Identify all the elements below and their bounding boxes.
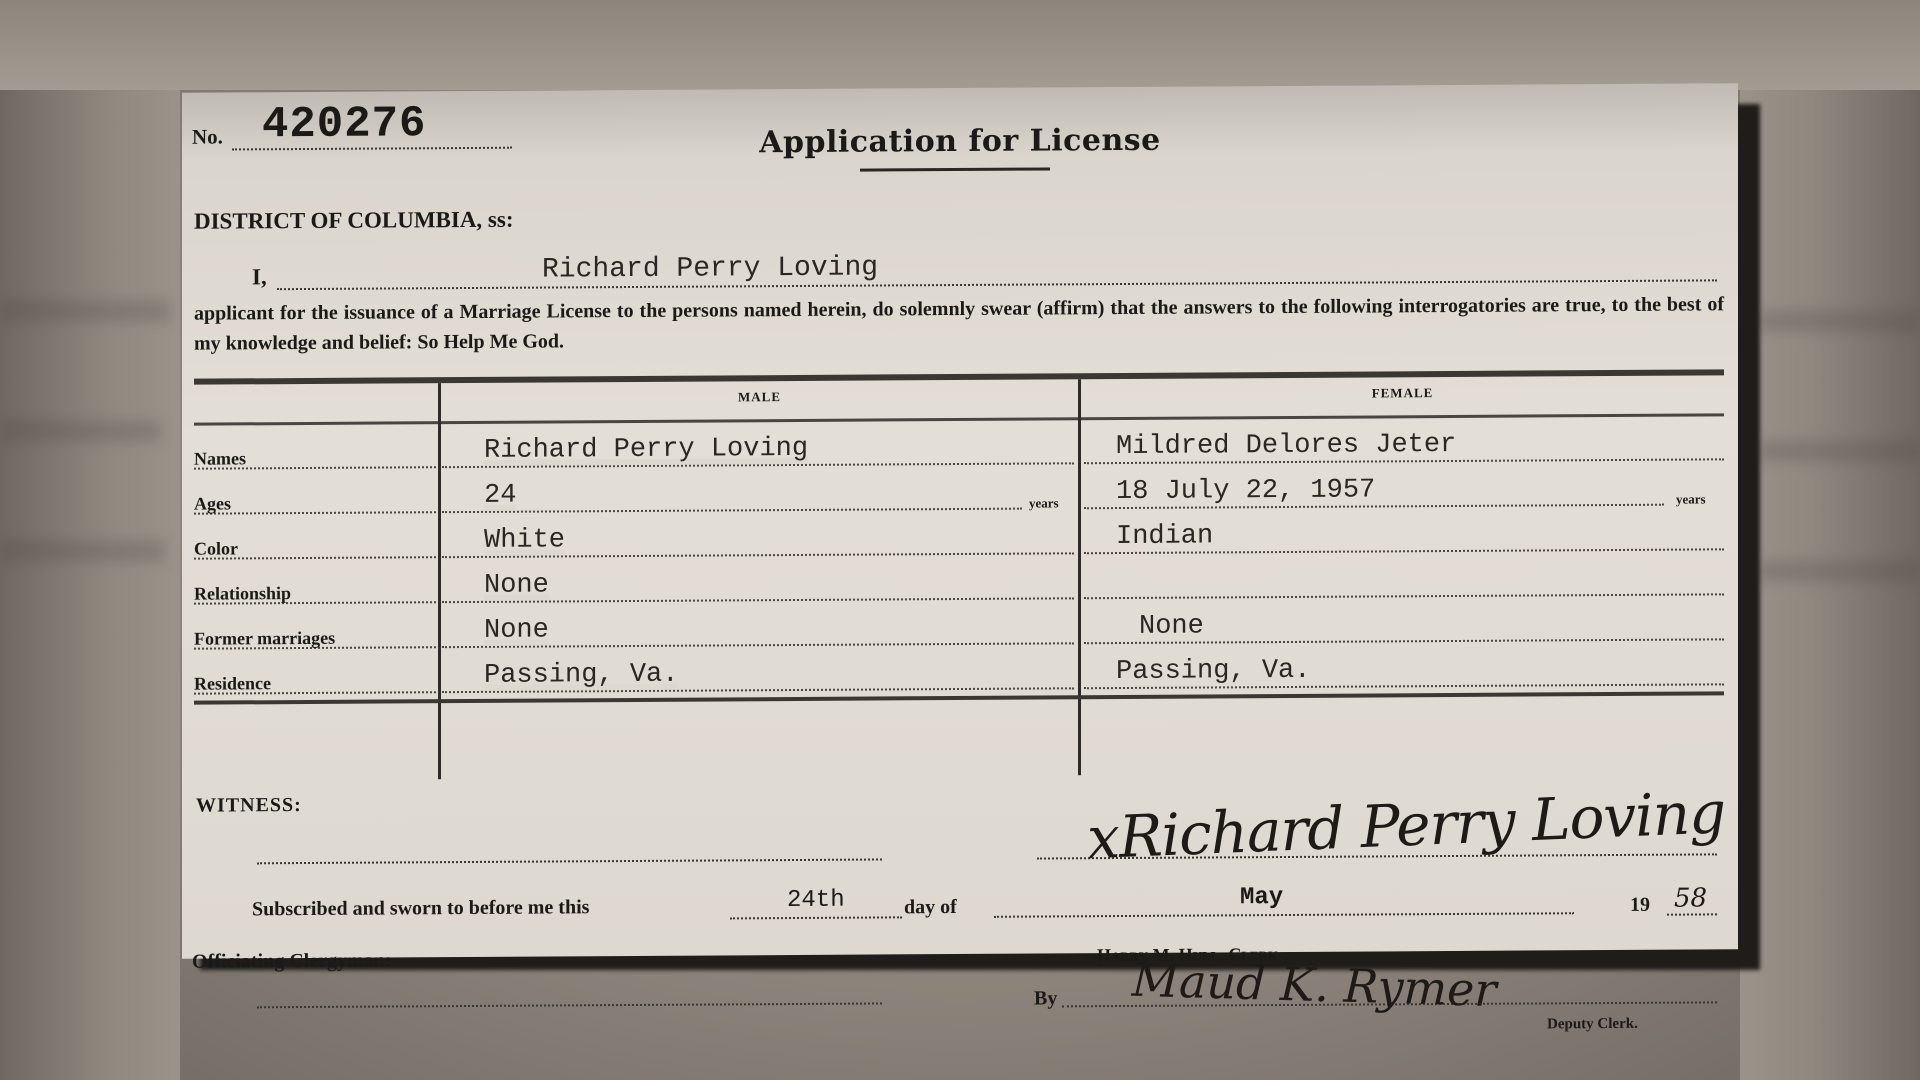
sworn-month: May — [1240, 884, 1283, 911]
year-suffix: 58 — [1674, 883, 1707, 913]
row-label: Residence — [194, 673, 271, 694]
male-value: White — [484, 525, 565, 555]
background-blur-line — [0, 420, 160, 442]
by-label: By — [1034, 987, 1057, 1010]
background-blur-line — [1760, 560, 1920, 582]
row-label: Color — [194, 538, 238, 559]
sworn-day: 24th — [787, 887, 845, 914]
clergyman-signature-line — [257, 1002, 882, 1008]
jurisdiction: DISTRICT OF COLUMBIA, ss: — [194, 207, 514, 235]
background-blur-line — [0, 300, 170, 322]
deputy-clerk-title: Deputy Clerk. — [1547, 1016, 1638, 1034]
applicant-line — [277, 279, 1717, 290]
male-value: None — [484, 616, 549, 646]
witness-label: WITNESS: — [196, 794, 302, 818]
year-prefix: 19 — [1630, 894, 1650, 917]
male-value: Passing, Va. — [484, 660, 678, 691]
female-value: 18 July 22, 1957 — [1116, 475, 1375, 507]
table-top-rule — [194, 369, 1724, 384]
title-underline — [860, 167, 1050, 171]
dotted-line — [442, 508, 1022, 514]
row-label: Former marriages — [194, 628, 335, 650]
dotted-line — [1084, 593, 1724, 599]
applicant-signature: xRichard Perry Loving — [1086, 778, 1726, 872]
female-value: Passing, Va. — [1116, 656, 1310, 687]
witness-signature-line — [257, 858, 882, 864]
applicant-details-table: MALE FEMALE Names Richard Perry Loving M… — [194, 369, 1724, 788]
sworn-statement: Subscribed and sworn to before me this — [252, 896, 589, 921]
deputy-clerk-signature: Maud K. Rymer — [1131, 953, 1497, 1017]
background-right — [1740, 90, 1920, 1080]
year-line — [1667, 913, 1717, 915]
oath-paragraph: applicant for the issuance of a Marriage… — [194, 289, 1724, 358]
unit-years-male: years — [1029, 495, 1059, 511]
background-top — [0, 0, 1920, 90]
day-line — [730, 916, 902, 919]
row-label: Relationship — [194, 583, 291, 605]
female-value: None — [1139, 612, 1204, 642]
male-value: Richard Perry Loving — [484, 434, 808, 466]
background-blur-line — [0, 540, 165, 562]
day-of-label: day of — [904, 896, 957, 919]
applicant-prefix: I, — [252, 264, 267, 290]
applicant-name: Richard Perry Loving — [542, 253, 878, 286]
month-line — [994, 912, 1574, 918]
row-label: Names — [194, 448, 246, 469]
background-blur-line — [1760, 440, 1920, 462]
female-value: Indian — [1116, 521, 1213, 552]
column-header-female: FEMALE — [1081, 383, 1724, 403]
column-header-male: MALE — [441, 387, 1078, 407]
table-row: Residence Passing, Va. Passing, Va. — [194, 644, 1724, 698]
background-blur-line — [1760, 310, 1920, 332]
unit-years-female: years — [1676, 491, 1706, 507]
female-value: Mildred Delores Jeter — [1116, 430, 1456, 462]
row-label: Ages — [194, 493, 231, 514]
background-left — [0, 90, 180, 1080]
male-value: 24 — [484, 481, 516, 511]
officiating-clergyman-label: Officiating Clergyman: — [192, 949, 391, 973]
marriage-license-application: No. 420276 Application for License DISTR… — [182, 83, 1738, 959]
male-value: None — [484, 571, 549, 601]
